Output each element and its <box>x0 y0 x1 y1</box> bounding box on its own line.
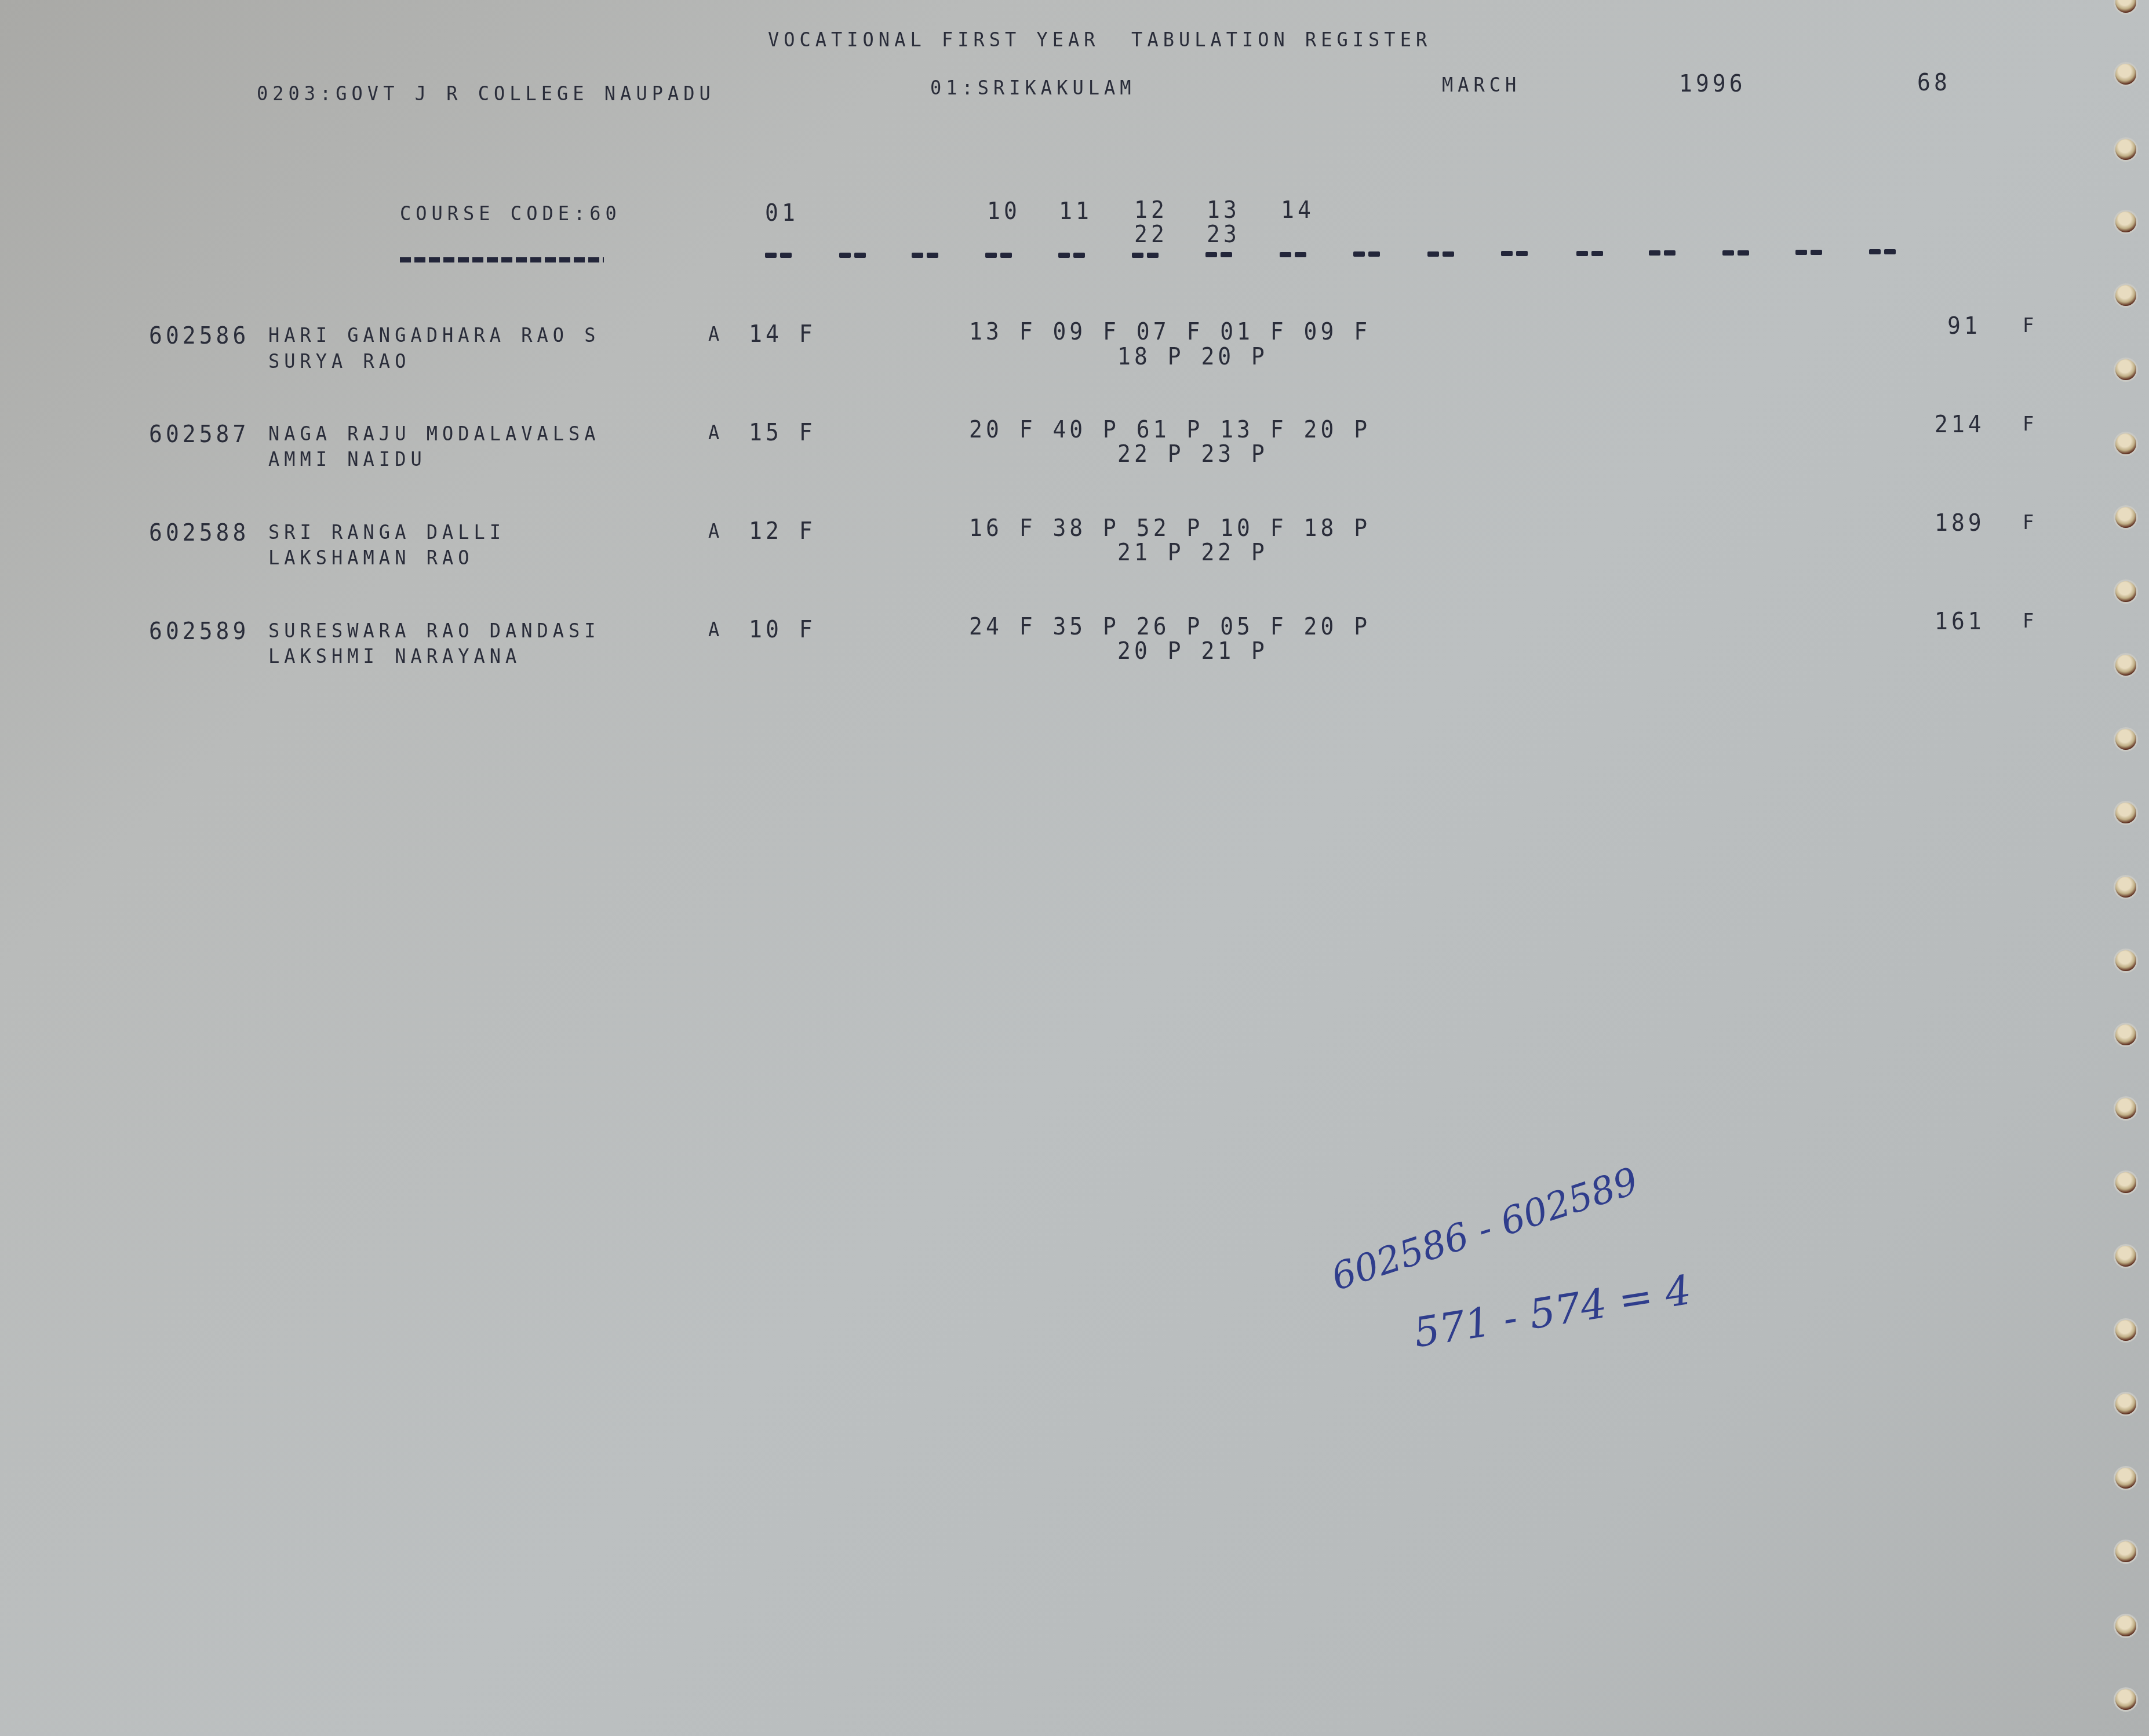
subject-marks-row1: 16 F 38 P 52 P 10 F 18 P <box>969 516 1371 539</box>
sprocket-hole-icon <box>2115 0 2136 13</box>
college-name: 0203:GOVT J R COLLEGE NAUPADU <box>257 83 715 104</box>
sprocket-hole-icon <box>2115 1172 2136 1193</box>
page-number: 68 <box>1917 70 1951 94</box>
student-father-name: LAKSHAMAN RAO <box>268 548 473 568</box>
part-code: A <box>708 324 724 344</box>
sprocket-hole-icon <box>2115 211 2136 232</box>
sprocket-hole-icon <box>2115 1246 2136 1267</box>
subject-marks-row1: 20 F 40 P 61 P 13 F 20 P <box>969 417 1371 441</box>
sprocket-hole-icon <box>2115 507 2136 528</box>
subject-marks-row1: 13 F 09 F 07 F 01 F 09 F <box>969 319 1371 343</box>
result-status: F <box>2023 414 2038 434</box>
column-header-11: 11 <box>1059 199 1092 223</box>
column-header-10: 10 <box>987 199 1021 223</box>
subject-marks-row2: 20 P 21 P <box>1117 639 1268 662</box>
sprocket-hole-icon <box>2115 729 2136 750</box>
sprocket-hole-icon <box>2115 1615 2136 1636</box>
total-marks: 214 <box>1935 412 1985 436</box>
subject-marks-row2: 18 P 20 P <box>1117 344 1268 368</box>
column-header-12: 12 <box>1134 198 1168 221</box>
sprocket-hole-icon <box>2115 64 2136 85</box>
subject-marks-row2: 21 P 22 P <box>1117 540 1268 564</box>
sprocket-hole-icon <box>2115 1024 2136 1045</box>
column-header-14: 14 <box>1281 198 1314 221</box>
column-header-01: 01 <box>765 200 799 224</box>
subject-01-mark: 14 F <box>749 322 816 345</box>
sprocket-hole-icon <box>2115 655 2136 676</box>
exam-month: MARCH <box>1442 75 1521 95</box>
tabulation-register-page: VOCATIONAL FIRST YEAR TABULATION REGISTE… <box>0 0 2149 1736</box>
student-father-name: SURYA RAO <box>268 351 410 371</box>
sprocket-hole-icon <box>2115 1098 2136 1119</box>
subject-01-mark: 12 F <box>749 519 816 542</box>
student-name: SRI RANGA DALLI <box>268 522 505 542</box>
sprocket-hole-icon <box>2115 1689 2136 1710</box>
result-status: F <box>2023 315 2038 335</box>
handwritten-count: 571 - 574 = 4 <box>1411 1266 1695 1357</box>
part-code: A <box>708 521 724 541</box>
column-header-13: 13 <box>1207 198 1240 221</box>
district-name: 01:SRIKAKULAM <box>930 78 1135 98</box>
register-title: VOCATIONAL FIRST YEAR TABULATION REGISTE… <box>768 30 1432 50</box>
part-code: A <box>708 619 724 640</box>
total-marks: 91 <box>1947 313 1981 337</box>
sprocket-hole-icon <box>2115 1468 2136 1489</box>
sprocket-hole-icon <box>2115 359 2136 380</box>
student-id: 602587 <box>149 422 249 446</box>
subject-marks-row1: 24 F 35 P 26 P 05 F 20 P <box>969 614 1371 638</box>
result-status: F <box>2023 611 2038 631</box>
sprocket-hole-icon <box>2115 433 2136 454</box>
column-dash-separators <box>0 253 2149 264</box>
exam-year: 1996 <box>1679 71 1746 95</box>
sprocket-hole-icon <box>2115 1320 2136 1341</box>
result-status: F <box>2023 512 2038 533</box>
part-code: A <box>708 422 724 443</box>
sprocket-hole-icon <box>2115 950 2136 971</box>
column-header-23: 23 <box>1207 222 1240 246</box>
sprocket-hole-icon <box>2115 1394 2136 1414</box>
student-name: HARI GANGADHARA RAO S <box>268 325 600 345</box>
subject-marks-row2: 22 P 23 P <box>1117 442 1268 465</box>
student-id: 602589 <box>149 619 249 643</box>
handwritten-roll-range: 602586 - 602589 <box>1327 1160 1644 1300</box>
column-header-22: 22 <box>1134 222 1168 246</box>
sprocket-hole-icon <box>2115 803 2136 823</box>
subject-01-mark: 10 F <box>749 617 816 641</box>
sprocket-hole-icon <box>2115 285 2136 306</box>
sprocket-hole-icon <box>2115 581 2136 602</box>
total-marks: 161 <box>1935 609 1985 633</box>
sprocket-hole-icon <box>2115 877 2136 898</box>
total-marks: 189 <box>1935 510 1985 534</box>
student-id: 602588 <box>149 520 249 544</box>
student-father-name: AMMI NAIDU <box>268 449 427 469</box>
subject-01-mark: 15 F <box>749 420 816 444</box>
student-name: NAGA RAJU MODALAVALSA <box>268 424 600 444</box>
sprocket-hole-icon <box>2115 1541 2136 1562</box>
sprocket-hole-icon <box>2115 139 2136 160</box>
student-id: 602586 <box>149 323 249 347</box>
student-father-name: LAKSHMI NARAYANA <box>268 646 521 666</box>
course-code-label: COURSE CODE:60 <box>400 203 621 224</box>
student-name: SURESWARA RAO DANDASI <box>268 621 600 641</box>
